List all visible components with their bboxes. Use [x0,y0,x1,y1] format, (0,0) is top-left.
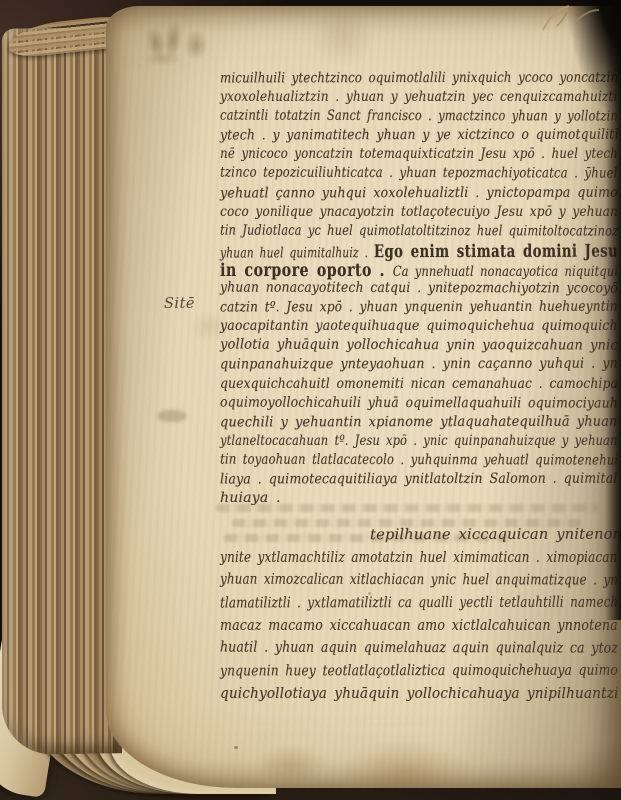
nahuatl-text: quichyollotiaya yhuāquin yollochicahuaya… [220,685,618,702]
manuscript-line-text: yhuan ximozcalican xitlachiacan ynic hue… [220,571,618,589]
manuscript-line-text: tin toyaohuan tlatlacatecolo . yuhquinma… [220,451,618,468]
nahuatl-text: huiaya . [220,490,281,506]
nahuatl-text: yhuan huel quimitalhuiz . [220,245,374,261]
manuscript-line-text: tin Judiotlaca yc huel quimotlatoltitzin… [220,222,618,239]
manuscript-line-text: quichyollotiaya yhuāquin yollochicahuaya… [220,685,618,702]
marginal-bleedthrough [158,410,186,422]
manuscript-line: nē ynicoco yoncatzin totemaquixticatzin … [220,146,618,165]
ink-speck [234,746,238,749]
manuscript-line: yollotia yhuāquin yollochicahua ynin yao… [220,337,618,357]
manuscript-line-text: in corpore oporto . Ca ynnehuatl nonacay… [220,261,618,281]
manuscript-line: tlamatiliztli . yxtlamatiliztli ca quall… [220,594,618,618]
manuscript-line: huatil . yhuan aquin quimelahuaz aquin q… [220,639,618,663]
manuscript-line: oquimoyollochicahuili yhuā oquimellaquah… [220,394,618,414]
paragraph-1: micuilhuili ytechtzinco oquimotlalili yn… [220,70,618,509]
faded-folio-smudge [140,12,226,74]
manuscript-line: catzin tº. Jesu xpō . yhuan ynquenin yeh… [220,299,618,319]
manuscript-line-text: ytech . y yanimatitech yhuan y ye xictzi… [220,127,618,144]
manuscript-line-text: oquimoyollochicahuili yhuā oquimellaquah… [220,394,618,411]
manuscript-line: ytech . y yanimatitech yhuan y ye xictzi… [220,127,618,147]
manuscript-line-text: nē ynicoco yoncatzin totemaquixticatzin … [220,146,618,162]
manuscript-line-text: micuilhuili ytechtzinco oquimotlalili yn… [220,70,618,87]
nahuatl-text: yhuan nonacayotitech catqui . ynitepozma… [220,280,618,297]
manuscript-line: tin toyaohuan tlatlacatecolo . yuhquinma… [220,451,618,471]
manuscript-page: Sitē micuilhuili ytechtzinco oquimotlali… [106,6,621,788]
manuscript-line-text: tzinco tepozicuiliuhticatca . yhuan tepo… [220,165,618,182]
manuscript-line-text: macaz macamo xiccahuacan amo xictlalcahu… [220,617,618,634]
manuscript-line-text: catzin tº. Jesu xpō . yhuan ynquenin yeh… [220,299,618,316]
nahuatl-text: yhuan ximozcalican xitlachiacan ynic hue… [220,571,618,589]
ink-smudge [184,30,208,60]
manuscript-photo: Sitē micuilhuili ytechtzinco oquimotlali… [0,0,621,800]
manuscript-line: yhuan ximozcalican xitlachiacan ynic hue… [220,571,618,595]
manuscript-line: quinpanahuizque ynteyaohuan . ynin caçan… [220,356,618,376]
nahuatl-text: liaya . quimotecaquitiliaya ynitlatoltzi… [220,471,618,488]
manuscript-line: yxoxolehualiztzin . yhuan y yehuatzin ye… [220,89,618,108]
nahuatl-text: tzinco tepozicuiliuhticatca . yhuan tepo… [220,165,618,182]
manuscript-line-text: quechili y yehuantin xpianome ytlaquahat… [220,413,618,430]
nahuatl-text: yollotia yhuāquin yollochicahua ynin yao… [220,337,618,354]
manuscript-line-text: yehuatl çanno yuhqui xoxolehualiztli . y… [220,184,618,201]
manuscript-line-text: yhuan nonacayotitech catqui . ynitepozma… [220,280,618,297]
manuscript-line-text: ynquenin huey teotlatlaçotlaliztica quim… [220,662,618,680]
manuscript-line: quexquichcahuitl omonemiti nican cemanah… [220,376,618,395]
nahuatl-text: ytech . y yanimatitech yhuan y ye xictzi… [220,127,618,144]
manuscript-line: catzintli totatzin Sanct francisco . yma… [220,108,618,128]
nahuatl-text: oquimoyollochicahuili yhuā oquimellaquah… [220,394,618,411]
manuscript-line-text: yollotia yhuāquin yollochicahua ynin yao… [220,337,618,354]
manuscript-line: ytlaneltocacahuan tº. Jesu xpō . ynic qu… [220,433,618,452]
nahuatl-text: quinpanahuizque ynteyaohuan . ynin caçan… [220,356,618,373]
manuscript-line-text: huatil . yhuan aquin quimelahuaz aquin q… [220,639,618,657]
manuscript-line: yhuan huel quimitalhuiz . Ego enim stima… [220,241,618,261]
nahuatl-text: tin toyaohuan tlatlacatecolo . yuhquinma… [220,451,618,468]
manuscript-line-text: liaya . quimotecaquitiliaya ynitlatoltzi… [220,471,618,488]
nahuatl-text: ynquenin huey teotlatlaçotlaliztica quim… [220,662,618,680]
nahuatl-text: yaocapitantin yaotequihuaque quimoquiche… [220,318,618,334]
nahuatl-text: Ca ynnehuatl nonacayotica niquitqui [393,264,618,280]
manuscript-line: ynite yxtlamachtiliz amotatzin huel ximi… [220,549,618,572]
nahuatl-text: huatil . yhuan aquin quimelahuaz aquin q… [220,639,618,657]
manuscript-line: huiaya . [220,490,618,509]
manuscript-line-text: tepilhuane xiccaquican ynitenonotzaliz [370,525,621,543]
nahuatl-text: coco yonilique ynacayotzin totlaçotecuiy… [220,204,618,220]
nahuatl-text: catzintli totatzin Sanct francisco . yma… [220,108,618,125]
manuscript-line: coco yonilique ynacayotzin totlaçotecuiy… [220,204,618,223]
ink-smudge [142,52,182,66]
nahuatl-text: ytlaneltocacahuan tº. Jesu xpō . ynic qu… [220,433,617,449]
manuscript-line-text: coco yonilique ynacayotzin totlaçotecuiy… [220,204,618,220]
nahuatl-text: tepilhuane xiccaquican ynitenonotzaliz [370,525,621,543]
manuscript-line-text: huiaya . [220,490,281,506]
manuscript-line: ynquenin huey teotlatlaçotlaliztica quim… [220,662,618,686]
manuscript-line: in corpore oporto . Ca ynnehuatl nonacay… [220,261,618,280]
paragraph-2: tepilhuane xiccaquican ynitenonotzalizyn… [220,526,618,708]
manuscript-line: macaz macamo xiccahuacan amo xictlalcahu… [220,617,618,640]
nahuatl-text: yehuatl çanno yuhqui xoxolehualiztli . y… [220,184,618,201]
manuscript-line: yhuan nonacayotitech catqui . ynitepozma… [220,280,618,300]
nahuatl-text: macaz macamo xiccahuacan amo xictlalcahu… [220,617,618,634]
manuscript-line-text: yxoxolehualiztzin . yhuan y yehuatzin ye… [220,89,617,105]
manuscript-line: micuilhuili ytechtzinco oquimotlalili yn… [220,70,618,90]
manuscript-line-text: quexquichcahuitl omonemiti nican cemanah… [220,376,618,392]
manuscript-line: quichyollotiaya yhuāquin yollochicahuaya… [220,685,618,708]
nahuatl-text: yxoxolehualiztzin . yhuan y yehuatzin ye… [220,89,617,105]
nahuatl-text: tlamatiliztli . yxtlamatiliztli ca quall… [220,594,618,612]
manuscript-line-text: quinpanahuizque ynteyaohuan . ynin caçan… [220,356,618,373]
book-fore-edge [2,27,122,755]
manuscript-line: tzinco tepozicuiliuhticatca . yhuan tepo… [220,165,618,185]
nahuatl-text: nē ynicoco yoncatzin totemaquixticatzin … [220,146,618,162]
nahuatl-text: quechili y yehuantin xpianome ytlaquahat… [220,413,618,430]
latin-phrase: in corpore oporto . [220,261,393,281]
manuscript-line-text: yaocapitantin yaotequihuaque quimoquiche… [220,318,618,334]
nahuatl-text: catzin tº. Jesu xpō . yhuan ynquenin yeh… [220,299,618,316]
manuscript-line: yehuatl çanno yuhqui xoxolehualiztli . y… [220,184,618,204]
manuscript-line-text: tlamatiliztli . yxtlamatiliztli ca quall… [220,594,618,612]
nahuatl-text: quexquichcahuitl omonemiti nican cemanah… [220,376,618,392]
manuscript-line: tin Judiotlaca yc huel quimotlatoltitzin… [220,222,618,242]
manuscript-line: liaya . quimotecaquitiliaya ynitlatoltzi… [220,471,618,491]
nahuatl-text: micuilhuili ytechtzinco oquimotlalili yn… [220,70,618,87]
manuscript-line: yaocapitantin yaotequihuaque quimoquiche… [220,318,618,337]
nahuatl-text: tin Judiotlaca yc huel quimotlatoltitzin… [220,222,618,239]
manuscript-line-text: catzintli totatzin Sanct francisco . yma… [220,108,618,125]
binding-threads-icon [537,0,607,34]
nahuatl-text: ynite yxtlamachtiliz amotatzin huel ximi… [220,549,617,566]
manuscript-line-text: ynite yxtlamachtiliz amotatzin huel ximi… [220,549,617,566]
manuscript-line: quechili y yehuantin xpianome ytlaquahat… [220,413,618,433]
marginal-note: Sitē [164,296,195,312]
latin-phrase: Ego enim stimata domini Jesu [374,241,618,262]
manuscript-line: tepilhuane xiccaquican ynitenonotzaliz [220,526,618,550]
manuscript-line-text: yhuan huel quimitalhuiz . Ego enim stima… [220,241,618,262]
manuscript-line-text: ytlaneltocacahuan tº. Jesu xpō . ynic qu… [220,433,617,449]
